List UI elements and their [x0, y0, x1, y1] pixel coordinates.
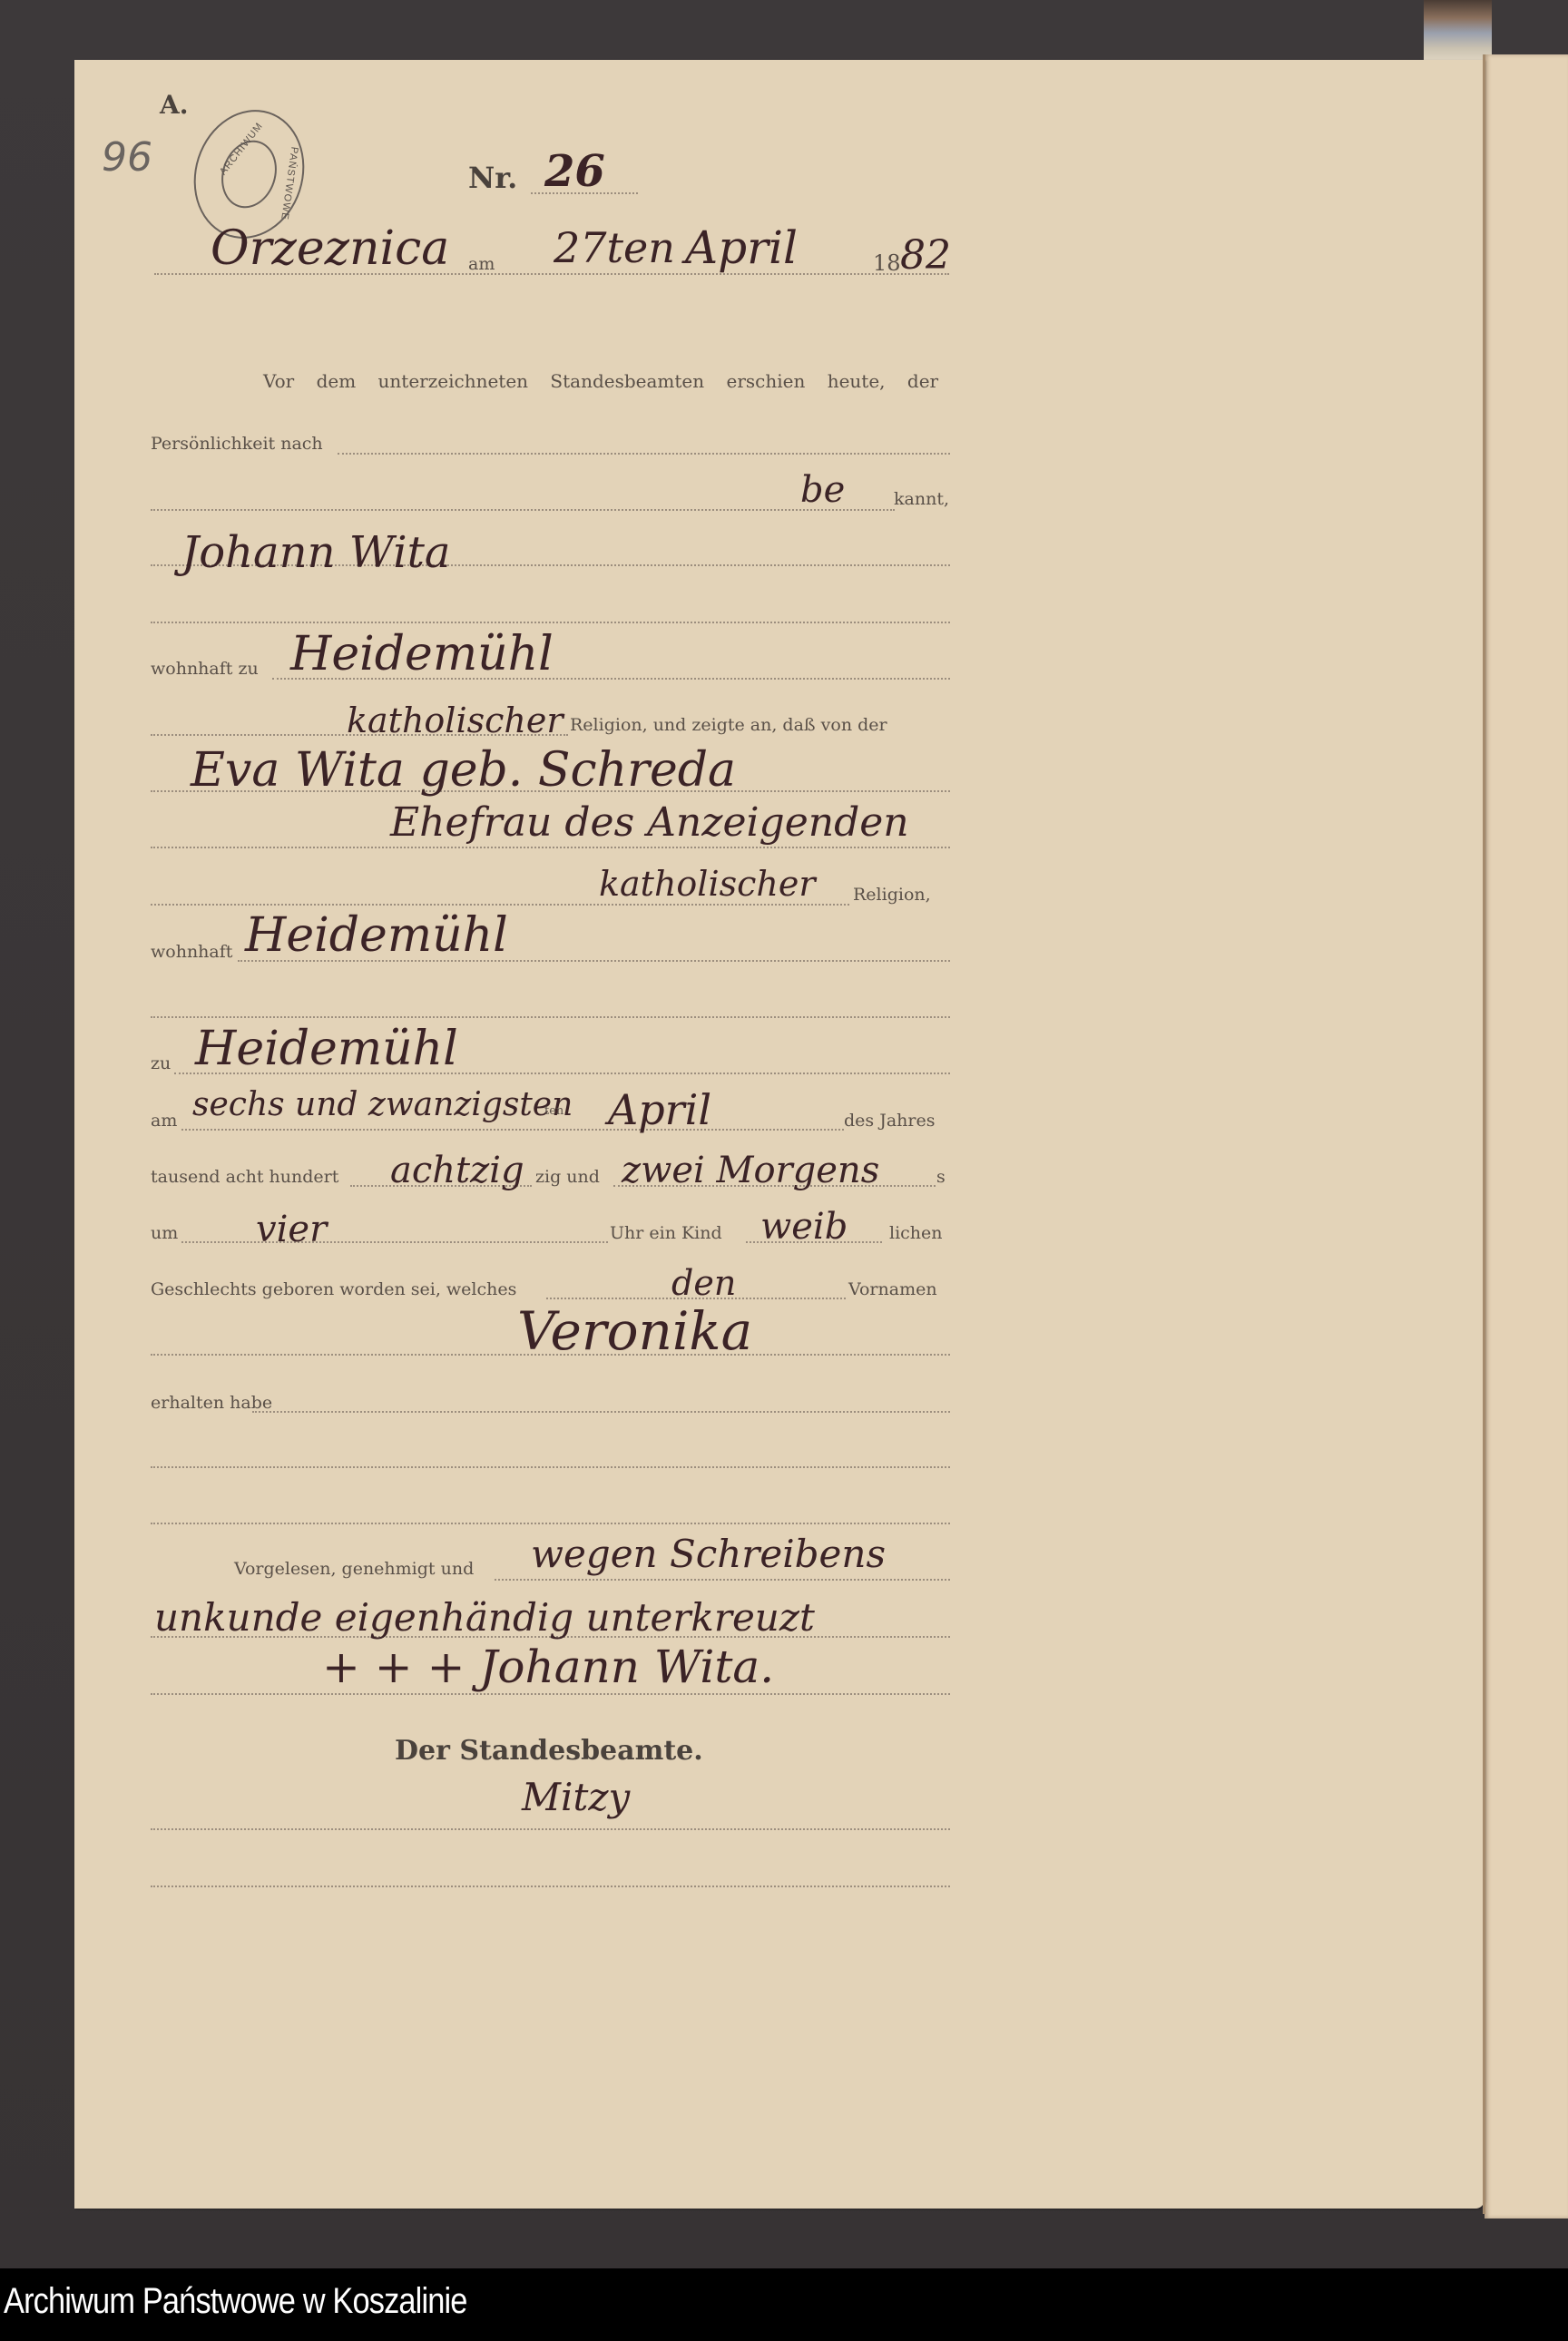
- dotted-line: [151, 1693, 950, 1695]
- dotted-line: [151, 1828, 950, 1830]
- am-label: am: [151, 1112, 177, 1130]
- form-letter: A.: [160, 93, 188, 118]
- informant-religion: katholischer: [347, 703, 563, 738]
- religion-text-2: Religion,: [853, 886, 931, 904]
- birth-hour: vier: [256, 1211, 327, 1248]
- record-number-label: Nr.: [468, 163, 517, 192]
- dotted-line: [151, 509, 895, 511]
- dotted-line: [252, 1411, 950, 1413]
- known-prefix: be: [800, 472, 845, 508]
- birth-year-unit: zwei Morgens: [622, 1152, 879, 1189]
- dotted-line: [151, 1886, 950, 1887]
- page-spine-fold: [1483, 54, 1485, 2214]
- year-prefix: 18: [873, 252, 901, 274]
- registration-day: 27ten: [554, 227, 675, 269]
- dotted-line: [495, 1579, 950, 1581]
- birth-day: sechs und zwanzigsten: [192, 1089, 573, 1122]
- personality-label: Persönlichkeit nach: [151, 436, 323, 453]
- mother-relation: Ehefrau des Anzeigenden: [390, 803, 909, 843]
- registration-year-suffix: 82: [900, 236, 951, 276]
- den-word: den: [671, 1266, 736, 1300]
- informant-residence: Heidemühl: [290, 631, 554, 678]
- archive-banner: Archiwum Państwowe w Koszalinie: [0, 2268, 1568, 2341]
- official-signature: Mitzy: [522, 1778, 630, 1817]
- informant-name: Johann Wita: [181, 531, 451, 574]
- um-label: um: [151, 1225, 178, 1242]
- official-title: Der Standesbeamte.: [395, 1738, 703, 1765]
- intro-text: Vor dem unterzeichneten Standesbeamten e…: [263, 372, 938, 390]
- des-jahres-label: des Jahres: [844, 1112, 935, 1130]
- record-number-value: 26: [544, 150, 605, 193]
- dotted-line: [151, 1016, 950, 1018]
- birth-place: Heidemühl: [195, 1025, 458, 1073]
- lichen-suffix: lichen: [889, 1225, 943, 1242]
- mother-name: Eva Wita geb. Schreda: [191, 747, 736, 794]
- birth-month: April: [608, 1089, 711, 1131]
- closing-note-1: wegen Schreibens: [531, 1535, 886, 1573]
- known-suffix: kannt,: [894, 491, 949, 508]
- birth-place-label: zu: [151, 1055, 171, 1073]
- uhr-kind-label: Uhr ein Kind: [610, 1225, 722, 1242]
- mother-religion: katholischer: [599, 867, 816, 901]
- dotted-line: [151, 622, 950, 623]
- religion-text-1: Religion, und zeigte an, daß von der: [570, 717, 887, 734]
- dotted-line: [151, 847, 950, 848]
- dotted-line: [151, 1466, 950, 1468]
- adjacent-page: [1485, 54, 1568, 2219]
- registry-place: Orzeznica: [211, 225, 449, 272]
- child-sex: weib: [760, 1209, 848, 1245]
- dotted-line: [151, 904, 849, 906]
- vornamen-label: Vornamen: [848, 1281, 937, 1298]
- dotted-line: [181, 1129, 844, 1131]
- tausend-label: tausend acht hundert: [151, 1169, 338, 1186]
- pencil-page-number: 96: [102, 134, 152, 181]
- mother-residence: Heidemühl: [245, 912, 508, 959]
- child-name: Veronika: [517, 1305, 752, 1357]
- erhalten-label: erhalten habe: [151, 1395, 272, 1412]
- informant-signature-crosses: + + + Johann Wita.: [322, 1644, 774, 1690]
- book-binding: [1424, 0, 1492, 60]
- zig-und-label: zig und: [535, 1169, 600, 1186]
- vorgelesen-label: Vorgelesen, genehmigt und: [234, 1561, 474, 1578]
- registration-month: April: [685, 225, 798, 270]
- geschlechts-label: Geschlechts geboren worden sei, welches: [151, 1281, 516, 1298]
- birth-decade: achtzig: [390, 1152, 524, 1189]
- ordinal-suffix: ten: [544, 1105, 563, 1117]
- dotted-line: [338, 453, 950, 455]
- dotted-line: [151, 1523, 950, 1524]
- mother-residence-label: wohnhaft: [151, 944, 232, 961]
- closing-note-2: unkunde eigenhändig unterkreuzt: [154, 1599, 815, 1637]
- s-suffix: s: [936, 1169, 946, 1186]
- archive-name: Archiwum Państwowe w Koszalinie: [4, 2281, 467, 2322]
- residence-label: wohnhaft zu: [151, 661, 259, 678]
- date-am-label: am: [468, 256, 495, 273]
- dotted-line: [181, 1241, 608, 1243]
